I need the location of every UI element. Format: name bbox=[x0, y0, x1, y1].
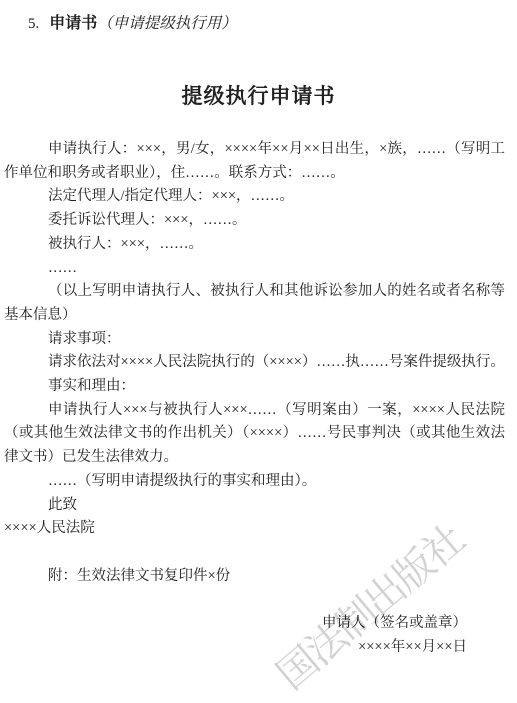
document-body: 申请执行人：×××，男/女，××××年××月××日出生，×族，……（写明工作单位… bbox=[0, 138, 517, 588]
list-header: 5.申请书（申请提级执行用） bbox=[0, 13, 517, 35]
paragraph-legal-agent: 法定代理人/指定代理人：×××，……。 bbox=[4, 185, 505, 209]
closing-salute: 此致 bbox=[4, 494, 505, 518]
list-item-number: 5. bbox=[28, 16, 39, 32]
paragraph-parties-note: （以上写明申请执行人、被执行人和其他诉讼参加人的姓名或者名称等基本信息） bbox=[4, 280, 505, 327]
document-page: 国法制出版社 5.申请书（申请提级执行用） 提级执行申请书 申请执行人：×××，… bbox=[0, 0, 517, 703]
paragraph-facts-note: ……（写明申请提级执行的事实和理由）。 bbox=[4, 470, 505, 494]
signature-label: 申请人（签名或盖章） bbox=[0, 612, 467, 636]
list-item-subtitle: （申请提级执行用） bbox=[97, 15, 237, 32]
signature-block: 申请人（签名或盖章） ××××年××月××日 bbox=[0, 612, 517, 659]
list-item-title: 申请书 bbox=[49, 15, 97, 32]
document-title: 提级执行申请书 bbox=[0, 81, 517, 111]
paragraph-request-heading: 请求事项： bbox=[4, 328, 505, 352]
attachment-note: 附：生效法律文书复印件×份 bbox=[4, 565, 505, 589]
paragraph-facts-body: 申请执行人×××与被执行人×××……（写明案由）一案，××××人民法院（或其他生… bbox=[4, 399, 505, 470]
paragraph-request-body: 请求依法对××××人民法院执行的（××××）……执……号案件提级执行。 bbox=[4, 351, 505, 375]
paragraph-facts-heading: 事实和理由： bbox=[4, 375, 505, 399]
paragraph-applicant: 申请执行人：×××，男/女，××××年××月××日出生，×族，……（写明工作单位… bbox=[4, 138, 505, 185]
paragraph-litigation-agent: 委托诉讼代理人：×××，……。 bbox=[4, 209, 505, 233]
signature-date: ××××年××月××日 bbox=[0, 636, 467, 660]
court-name: ××××人民法院 bbox=[4, 517, 505, 541]
paragraph-respondent: 被执行人：×××，……。 bbox=[4, 233, 505, 257]
paragraph-ellipsis: …… bbox=[4, 257, 505, 281]
